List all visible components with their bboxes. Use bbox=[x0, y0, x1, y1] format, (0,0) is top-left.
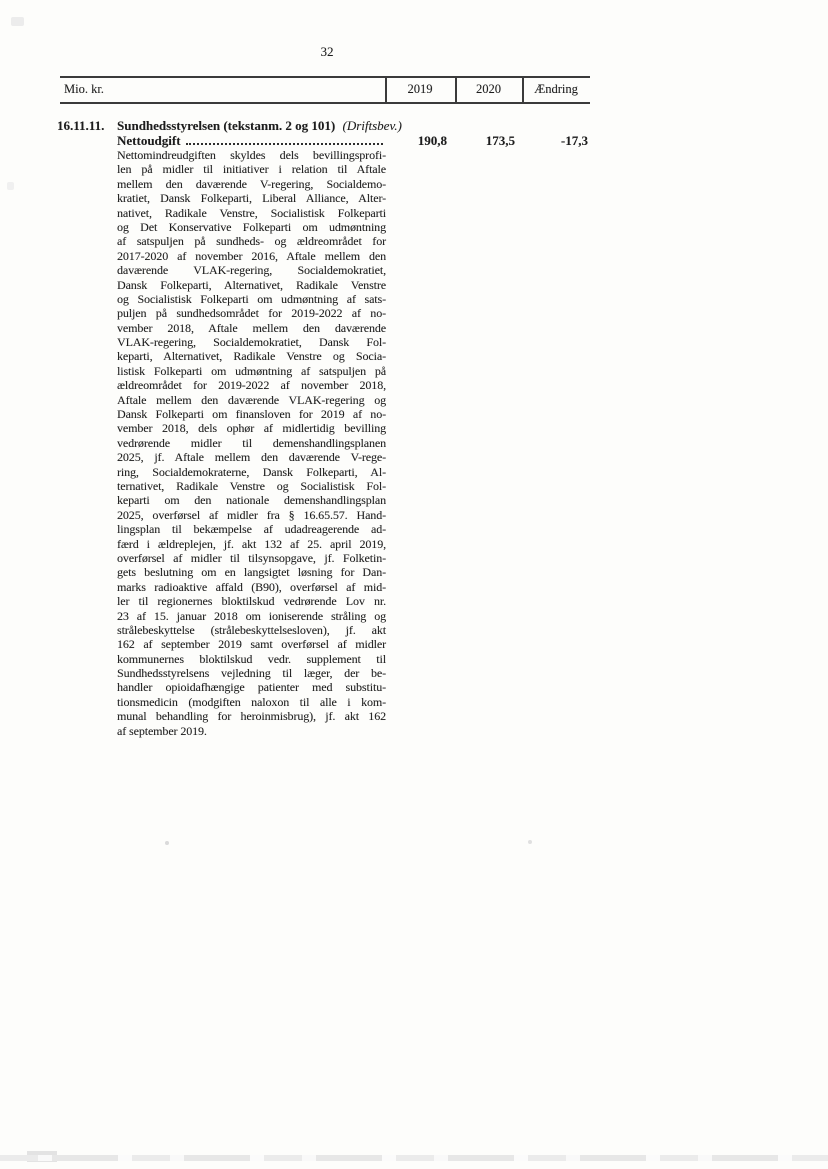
body-line: puljen på sundhedsområdet for 2019-2022 … bbox=[117, 306, 386, 320]
body-line: og Socialistisk Folkeparti om udmøntning… bbox=[117, 292, 386, 306]
dotted-leader bbox=[186, 134, 383, 145]
scan-artifact bbox=[11, 17, 24, 26]
body-line: af satspuljen på sundheds- og ældreområd… bbox=[117, 234, 386, 248]
body-line: ring, Socialdemokraterne, Dansk Folkepar… bbox=[117, 465, 386, 479]
body-line: listisk Folkeparti om udmøntning af sats… bbox=[117, 364, 386, 378]
body-line: len på midler til initiativer i relation… bbox=[117, 162, 386, 176]
body-line: overførsel af midler til tilsynsopgave, … bbox=[117, 551, 386, 565]
document-page: 32 Mio. kr. 2019 2020 Ændring 16.11.11. … bbox=[0, 0, 828, 1169]
body-line: kratiet, Dansk Folkeparti, Liberal Allia… bbox=[117, 191, 386, 205]
body-line: 23 af 15. januar 2018 om ioniserende str… bbox=[117, 609, 386, 623]
body-line: nativet, Radikale Venstre, Socialistisk … bbox=[117, 206, 386, 220]
section-title-subtype: (Driftsbev.) bbox=[343, 118, 402, 133]
body-line: færd i ældreplejen, jf. akt 132 af 25. a… bbox=[117, 537, 386, 551]
body-line: ler til regionernes bloktilskud vedrøren… bbox=[117, 594, 386, 608]
table-header: Mio. kr. 2019 2020 Ændring bbox=[60, 76, 590, 104]
body-line: vember 2018, Aftale mellem den daværende bbox=[117, 321, 386, 335]
scan-artifact-bottom-edge bbox=[0, 1155, 828, 1161]
amount-label: Nettoudgift bbox=[117, 134, 181, 148]
body-line: ældreområdet for 2019-2022 af november 2… bbox=[117, 378, 386, 392]
body-line: 2025, overførsel af midler fra § 16.65.5… bbox=[117, 508, 386, 522]
column-header-2019: 2019 bbox=[385, 82, 455, 97]
body-line: handler opioidafhængige patienter med su… bbox=[117, 680, 386, 694]
section-heading: Sundhedsstyrelsen (tekstanm. 2 og 101) (… bbox=[117, 119, 402, 133]
section-number: 16.11.11. bbox=[57, 119, 104, 133]
body-line: Sundhedsstyrelsens vejledning til læger,… bbox=[117, 666, 386, 680]
body-line: ternativet, Radikale Venstre og Socialis… bbox=[117, 479, 386, 493]
column-header-2020: 2020 bbox=[455, 82, 522, 97]
amount-row: Nettoudgift 190,8 173,5 -17,3 bbox=[117, 134, 588, 148]
body-line: kommunernes bloktilskud vedr. supplement… bbox=[117, 652, 386, 666]
body-line: Aftale mellem den daværende VLAK-regerin… bbox=[117, 393, 386, 407]
body-line: 2025, jf. Aftale mellem den daværende V-… bbox=[117, 450, 386, 464]
body-line: 2017-2020 af november 2016, Aftale melle… bbox=[117, 249, 386, 263]
body-line: vember 2018, dels ophør af midlertidig b… bbox=[117, 421, 386, 435]
scan-artifact bbox=[528, 840, 532, 844]
body-line: VLAK-regering, Socialdemokratiet, Dansk … bbox=[117, 335, 386, 349]
amount-label-box: Nettoudgift bbox=[117, 134, 385, 148]
value-2020: 173,5 bbox=[447, 134, 515, 148]
body-line: keparti om den nationale demenshandlings… bbox=[117, 493, 386, 507]
scan-artifact bbox=[7, 182, 14, 190]
section-title: Sundhedsstyrelsen (tekstanm. 2 og 101) bbox=[117, 118, 335, 133]
body-line: tionsmedicin (modgiften naloxon til alle… bbox=[117, 695, 386, 709]
scan-artifact bbox=[165, 841, 169, 845]
column-header-change: Ændring bbox=[522, 82, 590, 97]
body-line: og Det Konservative Folkeparti om udmønt… bbox=[117, 220, 386, 234]
unit-label: Mio. kr. bbox=[64, 82, 104, 97]
body-line: vedrørende midler til demenshandlingspla… bbox=[117, 436, 386, 450]
value-change: -17,3 bbox=[515, 134, 588, 148]
body-paragraph: Nettomindreudgiften skyldes dels bevilli… bbox=[117, 148, 386, 738]
body-line: 162 af september 2019 samt overførsel af… bbox=[117, 637, 386, 651]
body-line: mellem den daværende V-regering, Sociald… bbox=[117, 177, 386, 191]
body-line: keparti, Alternativet, Radikale Venstre … bbox=[117, 349, 386, 363]
body-line: gets beslutning om en langsigtet løsning… bbox=[117, 565, 386, 579]
body-line: Dansk Folkeparti om finansloven for 2019… bbox=[117, 407, 386, 421]
body-line: Dansk Folkeparti, Alternativet, Radikale… bbox=[117, 278, 386, 292]
body-line: daværende VLAK-regering, Socialdemokrati… bbox=[117, 263, 386, 277]
body-line: Nettomindreudgiften skyldes dels bevilli… bbox=[117, 148, 386, 162]
body-line: lingsplan til bekæmpelse af udadreageren… bbox=[117, 522, 386, 536]
body-line: af september 2019. bbox=[117, 724, 386, 738]
body-line: marks radioaktive affald (B90), overførs… bbox=[117, 580, 386, 594]
value-2019: 190,8 bbox=[385, 134, 447, 148]
page-number: 32 bbox=[287, 44, 367, 60]
body-line: strålebeskyttelse (strålebeskyttelseslov… bbox=[117, 623, 386, 637]
body-line: munal behandling for heroinmisbrug), jf.… bbox=[117, 709, 386, 723]
